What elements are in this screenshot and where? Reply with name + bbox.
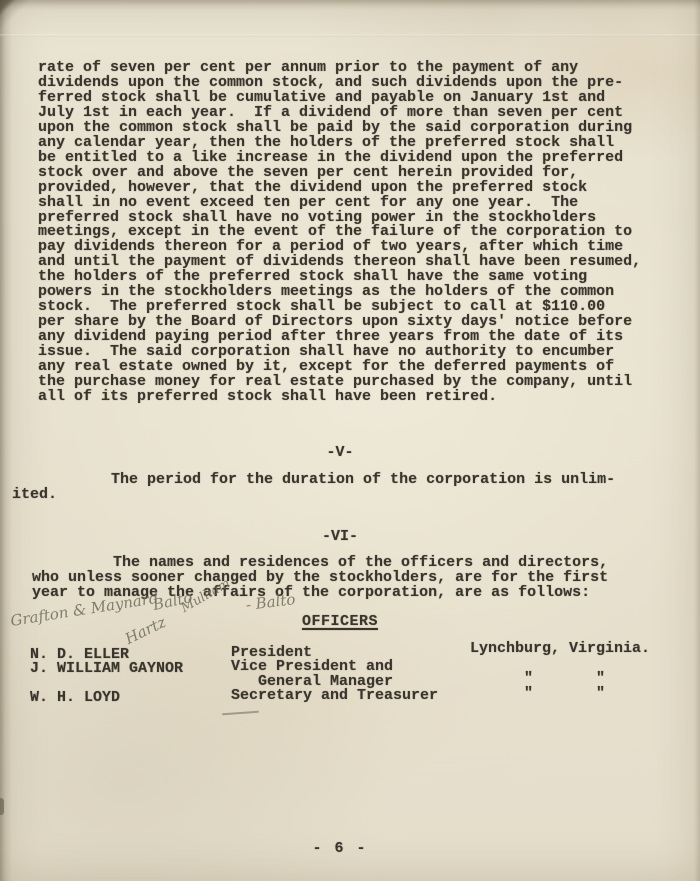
section-v-paragraph: The period for the duration of the corpo… — [12, 472, 615, 502]
officers-title-column: PresidentVice President and General Mana… — [231, 646, 438, 704]
table-cell-line — [470, 656, 650, 671]
table-cell-line: " " — [470, 671, 650, 686]
table-cell-line: " " — [470, 686, 650, 701]
text-line: The period for the duration of the corpo… — [12, 472, 615, 487]
table-cell-line: W. H. LOYD — [30, 691, 183, 705]
table-cell-line: J. WILLIAM GAYNOR — [30, 662, 183, 676]
table-cell-line: Lynchburg, Virginia. — [470, 641, 650, 656]
section-vi-paragraph: The names and residences of the officers… — [32, 556, 608, 600]
page-edge-notch — [0, 798, 4, 815]
page-edge-shadow-right — [694, 0, 700, 881]
text-line: all of its preferred stock shall have be… — [38, 390, 641, 405]
officers-location-column: Lynchburg, Virginia. " " " " — [470, 641, 650, 701]
table-cell-line: Secretary and Treasurer — [231, 689, 438, 703]
scanned-document-page: rate of seven per cent per annum prior t… — [0, 0, 700, 881]
officers-name-column: N. D. ELLERJ. WILLIAM GAYNOR W. H. LOYD — [30, 648, 183, 706]
section-iv-paragraph: rate of seven per cent per annum prior t… — [38, 61, 641, 405]
page-number: - 6 - — [0, 840, 680, 857]
paper-crease — [0, 34, 700, 37]
pencil-underline — [222, 711, 259, 715]
section-vi-heading: -VI- — [0, 528, 680, 545]
page-edge-shadow-top — [0, 0, 700, 10]
page-edge-shadow-left — [0, 0, 12, 881]
page-corner-dark — [0, 0, 30, 34]
text-line: ited. — [12, 487, 615, 502]
section-v-heading: -V- — [0, 444, 680, 461]
